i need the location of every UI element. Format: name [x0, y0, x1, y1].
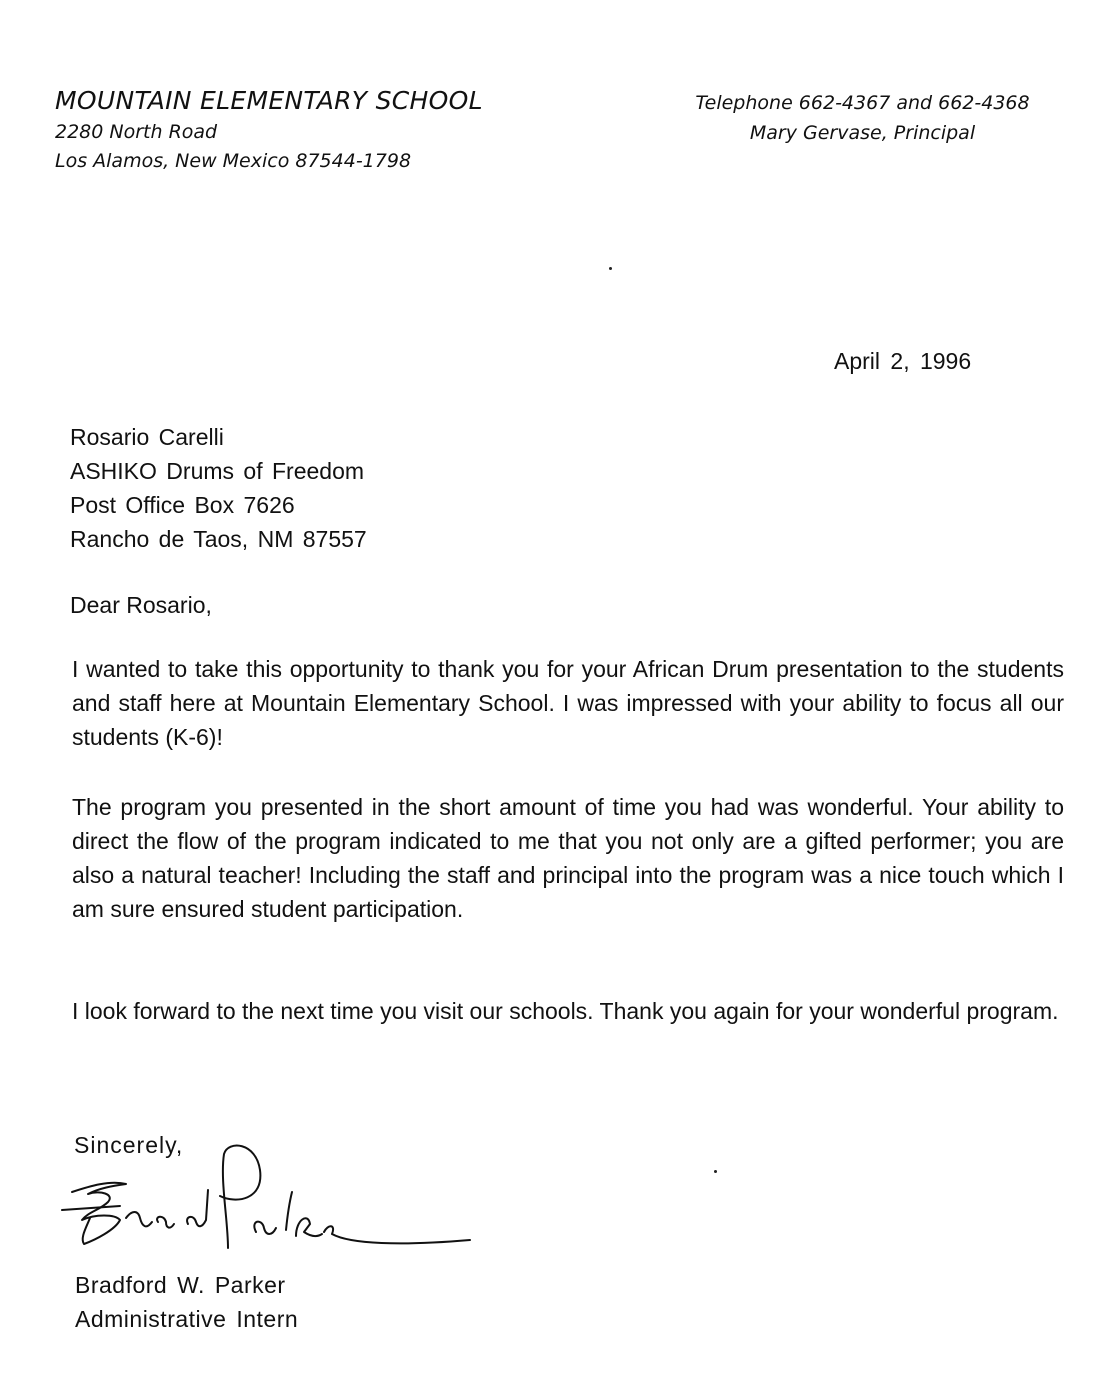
school-street: 2280 North Road: [55, 118, 483, 147]
scan-speck: [609, 267, 612, 270]
salutation: Dear Rosario,: [70, 592, 212, 619]
recipient-po-box: Post Office Box 7626: [70, 488, 367, 522]
telephone: Telephone 662-4367 and 662-4368: [655, 88, 1070, 118]
signer-title: Administrative Intern: [75, 1302, 298, 1336]
school-city: Los Alamos, New Mexico 87544-1798: [55, 147, 483, 176]
principal: Mary Gervase, Principal: [655, 118, 1070, 148]
recipient-name: Rosario Carelli: [70, 420, 367, 454]
body-paragraph: I wanted to take this opportunity to tha…: [72, 652, 1064, 754]
body-paragraph: The program you presented in the short a…: [72, 790, 1064, 926]
recipient-city: Rancho de Taos, NM 87557: [70, 522, 367, 556]
letterhead-contact: Telephone 662-4367 and 662-4368 Mary Ger…: [655, 88, 1070, 148]
letter-date: April 2, 1996: [834, 348, 971, 375]
signer-name: Bradford W. Parker: [75, 1268, 298, 1302]
letterhead-address: MOUNTAIN ELEMENTARY SCHOOL 2280 North Ro…: [55, 84, 483, 176]
school-name: MOUNTAIN ELEMENTARY SCHOOL: [55, 84, 483, 118]
recipient-organization: ASHIKO Drums of Freedom: [70, 454, 367, 488]
recipient-address: Rosario Carelli ASHIKO Drums of Freedom …: [70, 420, 367, 556]
scan-speck: [714, 1170, 717, 1173]
signer-block: Bradford W. Parker Administrative Intern: [75, 1268, 298, 1336]
signature-image: [60, 1140, 480, 1260]
body-paragraph: I look forward to the next time you visi…: [72, 994, 1064, 1028]
